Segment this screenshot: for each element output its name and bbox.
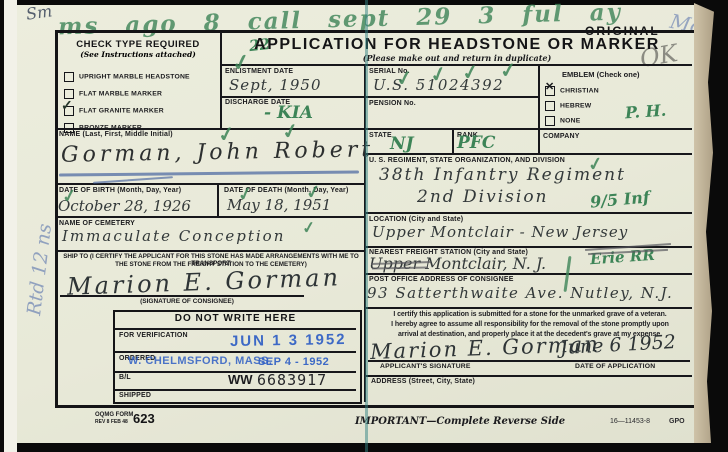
pension-no-label: PENSION No. <box>369 100 416 107</box>
checkbox <box>64 72 74 82</box>
certification-line2: I hereby agree to assume all responsibil… <box>369 321 691 328</box>
emblem-green-note: P. H. <box>624 101 666 123</box>
form-number-line1: OQMG FORM <box>95 412 133 418</box>
paper: ms ago 8 call sept 29 3 ful ay Sm ORIGIN… <box>17 5 696 443</box>
application-date-label: DATE OF APPLICATION <box>575 363 655 370</box>
checkbox-label: FLAT MARBLE MARKER <box>79 90 162 97</box>
cemetery-value: Immaculate Conception <box>62 227 285 245</box>
option-none: NONE <box>545 112 580 130</box>
corner-pencil-mark: Sm <box>25 1 54 23</box>
green-checkmark-icon: ✓ <box>301 217 317 238</box>
checkbox-label: UPRIGHT MARBLE HEADSTONE <box>79 73 190 80</box>
ordered-date-stamp: SEP 4 - 1952 <box>258 356 329 368</box>
page-edge <box>4 0 17 452</box>
address-label: ADDRESS (Street, City, State) <box>371 378 475 385</box>
option-flat-marble-marker: FLAT MARBLE MARKER <box>64 85 162 103</box>
checkbox-label: HEBREW <box>560 102 591 109</box>
checkbox-label: NONE <box>560 117 580 124</box>
rule-line <box>366 375 692 377</box>
bl-number: 6683917 <box>257 371 327 389</box>
emblem-label: EMBLEM (Check one) <box>562 70 640 79</box>
rule-line <box>217 183 219 216</box>
rule-line <box>222 96 538 98</box>
checkbox-label: FLAT GRANITE MARKER <box>79 107 164 114</box>
signature-line <box>60 295 304 297</box>
form-number-line2: REV 8 FEB 48 <box>95 419 128 425</box>
important-note: IMPORTANT—Complete Reverse Side <box>355 416 565 427</box>
checkbox <box>545 116 555 126</box>
check-type-heading: CHECK TYPE REQUIRED <box>58 39 218 50</box>
rule-line <box>58 250 364 252</box>
for-verification-label: FOR VERIFICATION <box>119 332 188 339</box>
checkbox-label: CHRISTIAN <box>560 87 599 94</box>
consignee-signature-label: (SIGNATURE OF CONSIGNEE) <box>97 298 277 305</box>
location-label: LOCATION (City and State) <box>369 216 463 223</box>
rule-line <box>366 212 692 214</box>
scanned-document: ms ago 8 call sept 29 3 ful ay Sm ORIGIN… <box>0 0 728 452</box>
option-flat-granite-marker: FLAT GRANITE MARKER ✓ <box>64 102 164 120</box>
po-address-value: 93 Satterthwaite Ave. Nutley, N.J. <box>367 284 673 302</box>
x-mark-icon: ✕ <box>545 80 554 93</box>
regiment-line2: 2nd Division <box>417 187 549 207</box>
enlistment-date-value: Sept, 1950 <box>229 76 322 94</box>
cemetery-label: NAME OF CEMETERY <box>59 220 135 227</box>
rule-line <box>538 64 540 153</box>
verification-date-stamp: JUN 1 3 1952 <box>230 331 347 350</box>
rule-line <box>366 273 692 275</box>
signature-line <box>368 360 690 362</box>
do-not-write-heading: DO NOT WRITE HERE <box>115 313 356 324</box>
company-label: COMPANY <box>543 133 580 140</box>
bl-label: B/L <box>119 374 131 381</box>
torn-paper-edge <box>694 3 714 443</box>
applicant-signature-label: APPLICANT'S SIGNATURE <box>380 363 471 370</box>
date-of-birth-label: DATE OF BIRTH (Month, Day, Year) <box>59 187 181 194</box>
certification-line1: I certify this application is submitted … <box>369 311 691 318</box>
rule-line <box>452 128 454 153</box>
shipped-label: SHIPPED <box>119 392 151 399</box>
check-type-subheading: (See Instructions attached) <box>58 50 218 59</box>
rule-line <box>58 216 364 218</box>
bl-prefix: WW <box>228 372 253 387</box>
rule-line <box>58 128 692 130</box>
rule-line <box>366 153 692 155</box>
rule-line <box>366 307 692 309</box>
rule-line <box>115 328 356 330</box>
name-label: NAME (Last, First, Middle Initial) <box>59 131 173 138</box>
form-subtitle: (Please make out and return in duplicate… <box>222 53 692 63</box>
checkmark-icon: ✓ <box>61 97 73 114</box>
fold-line <box>365 0 368 452</box>
rule-line <box>220 64 692 66</box>
rule-line <box>115 351 356 353</box>
rank-value: PFC <box>457 133 495 153</box>
gpo-mark: GPO <box>669 418 685 425</box>
checkbox <box>545 101 555 111</box>
rule-line <box>115 389 356 391</box>
po-address-label: POST OFFICE ADDRESS OF CONSIGNEE <box>369 276 514 283</box>
option-upright-marble-headstone: UPRIGHT MARBLE HEADSTONE <box>64 68 190 86</box>
location-value: Upper Montclair - New Jersey <box>372 223 628 241</box>
ordered-place-stamp: W. CHELMSFORD, MASS. <box>128 355 272 367</box>
form-title: APPLICATION FOR HEADSTONE OR MARKER <box>222 36 692 54</box>
green-checkmark-icon: ✓ <box>498 57 518 83</box>
form-number: 623 <box>133 411 155 426</box>
regiment-label: U. S. REGIMENT, STATE ORGANIZATION, AND … <box>369 157 565 164</box>
print-code: 16—11453-8 <box>610 418 650 425</box>
state-value: NJ <box>390 134 414 154</box>
